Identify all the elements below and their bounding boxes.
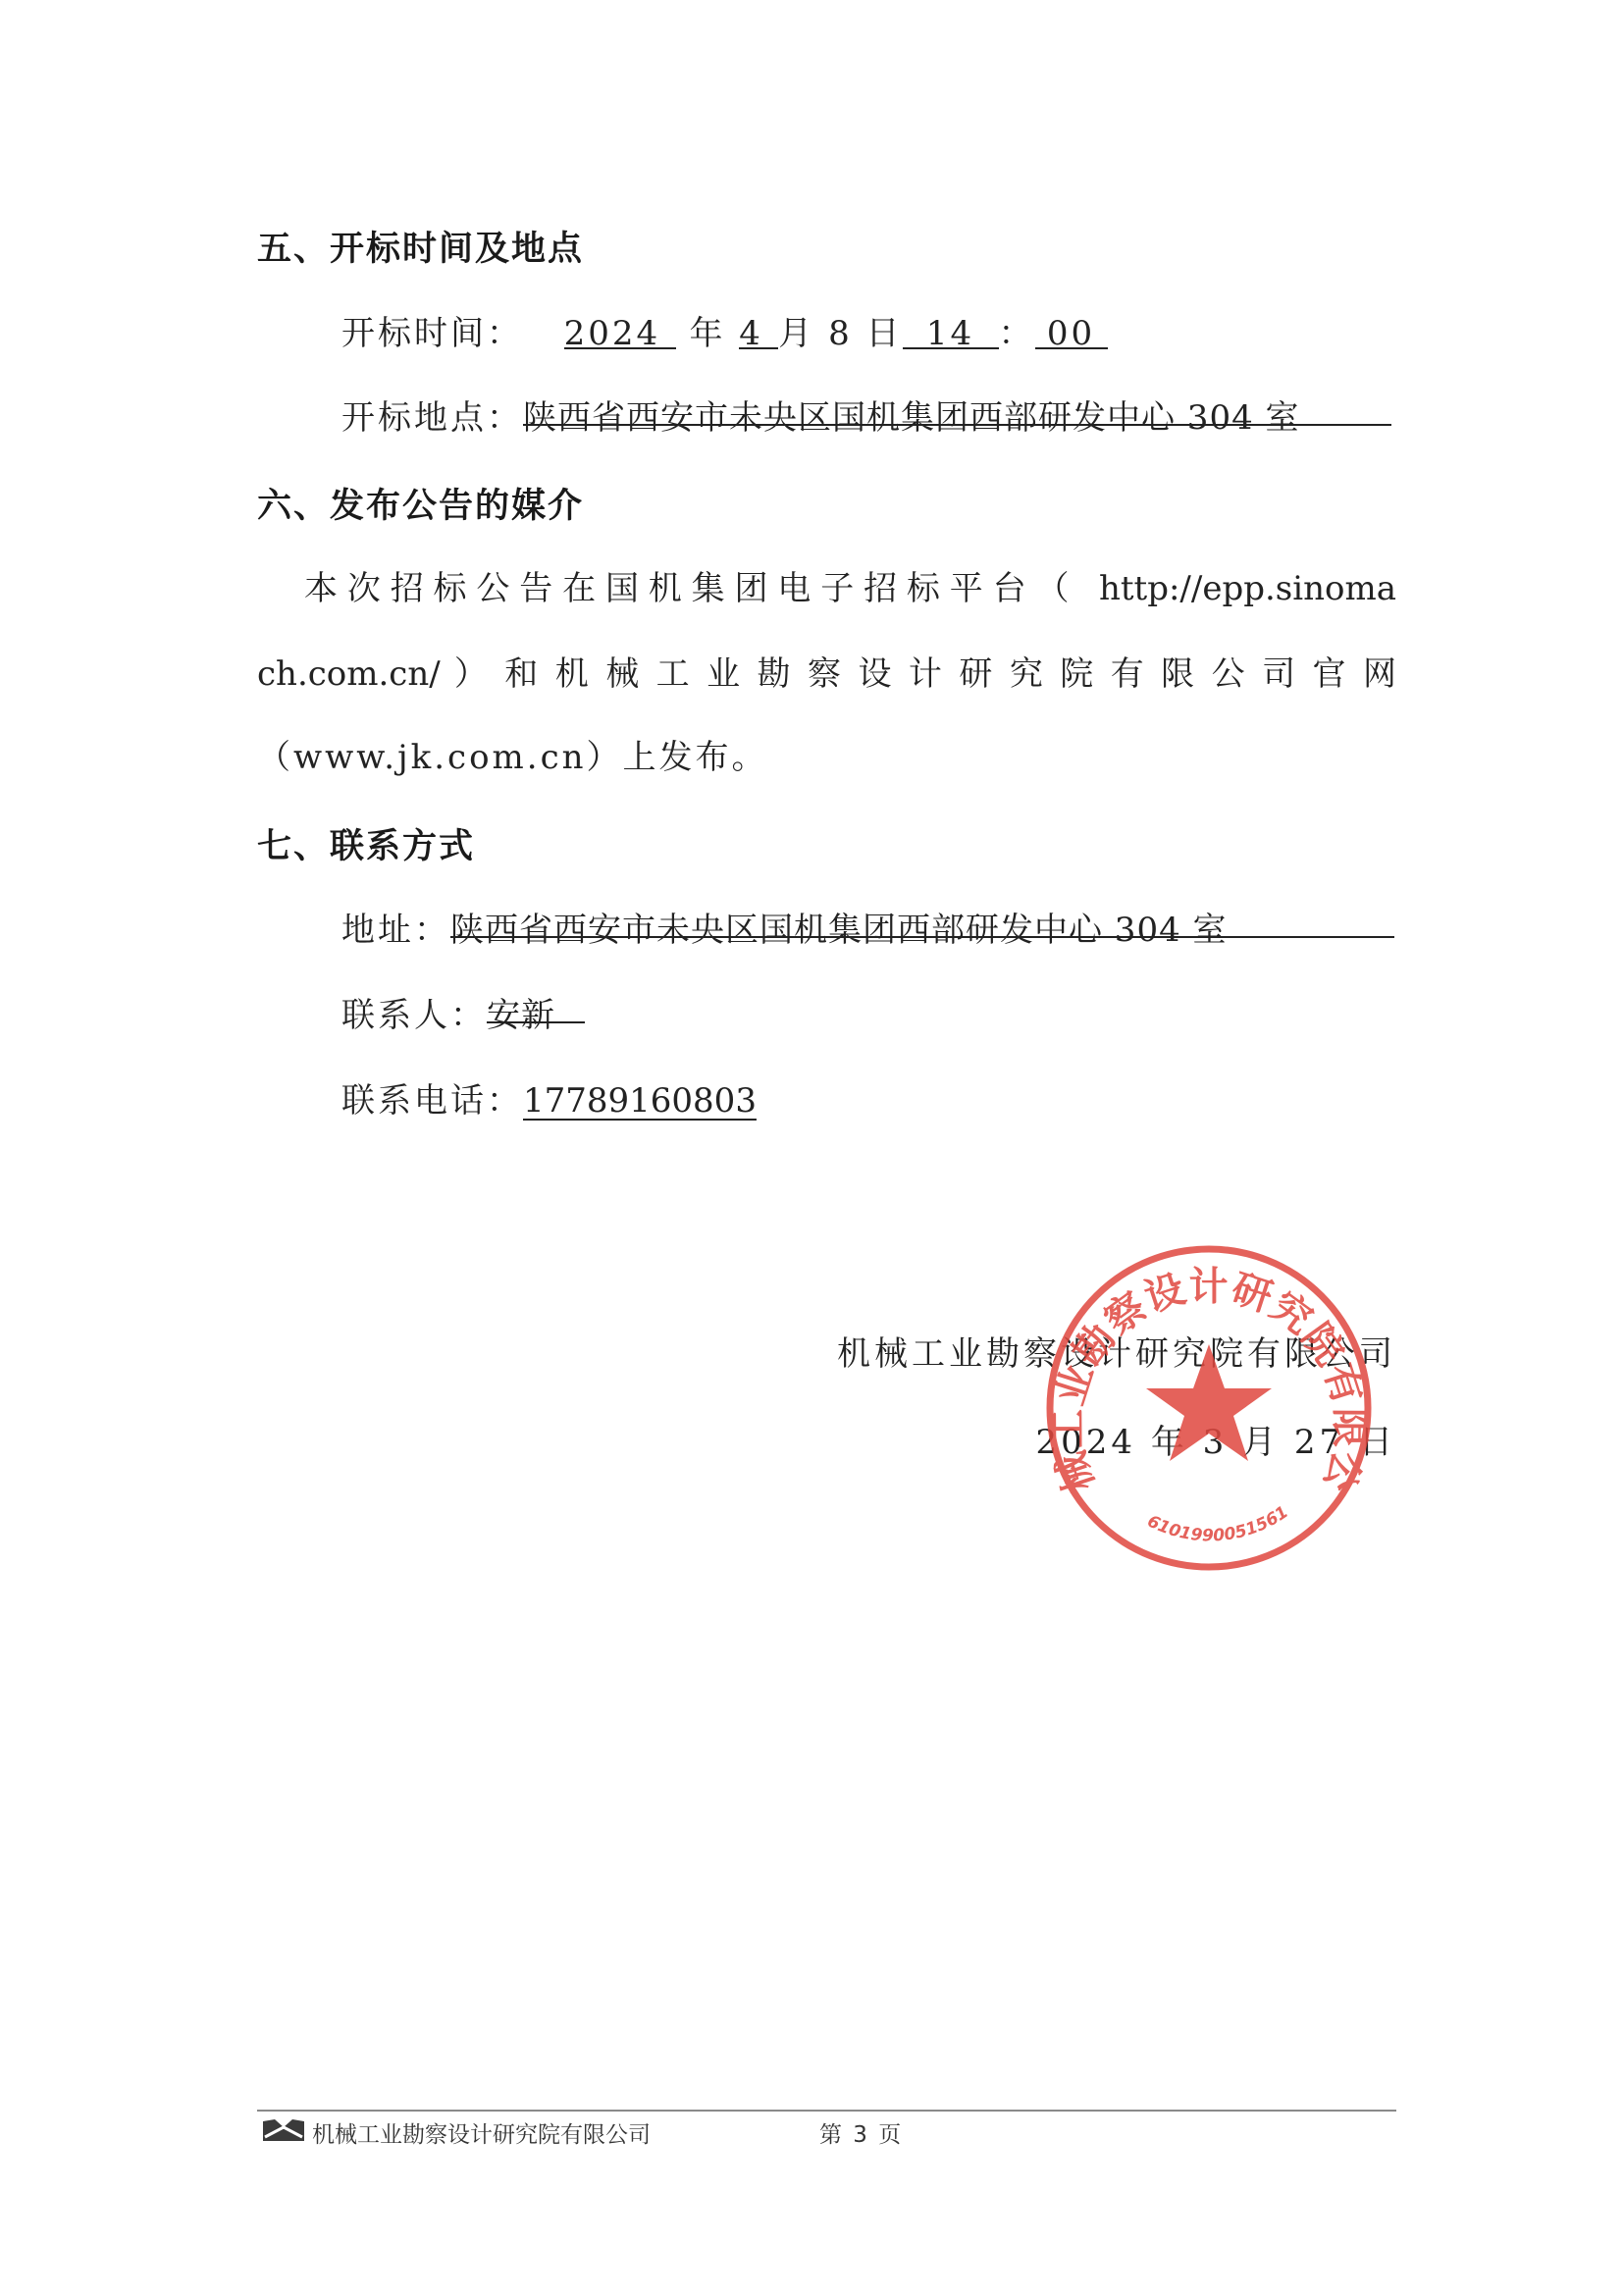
bid-opening-time-row: 开标时间： 2024 年 4月 8 日14：00 — [341, 306, 1108, 354]
year-value: 2024 — [564, 314, 661, 353]
month-unit: 月 — [778, 314, 814, 353]
section-heading-publication-media: 六、发布公告的媒介 — [257, 479, 584, 528]
footer-company-name: 机械工业勘察设计研究院有限公司 — [312, 2116, 651, 2149]
bid-opening-place-label: 开标地点： — [341, 398, 523, 438]
publication-paragraph-line-1: 本次招标公告在国机集团电子招标平台（ http://epp.sinoma — [257, 561, 1396, 609]
bid-opening-time-label: 开标时间： — [341, 314, 523, 353]
bid-opening-place-value: 陕西省西安市未央区国机集团西部研发中心 304 室 — [523, 398, 1300, 438]
contact-person-label: 联系人： — [341, 996, 487, 1035]
day-unit: 日 — [866, 314, 903, 353]
month-value: 4 — [739, 314, 763, 353]
seal-code: 6101990051561 — [1144, 1502, 1292, 1545]
year-unit: 年 — [689, 314, 725, 353]
address-label: 地址： — [341, 911, 450, 950]
hour-field: 14 — [903, 314, 999, 349]
company-logo-icon — [261, 2117, 306, 2143]
bid-opening-place-row: 开标地点：陕西省西安市未央区国机集团西部研发中心 304 室 — [341, 391, 1391, 439]
publication-paragraph-line-3: （www.jk.com.cn）上发布。 — [257, 730, 1396, 778]
month-field: 4 — [739, 314, 778, 349]
official-seal: 机械工业勘察设计研究院有限公司 6101990051561 — [1042, 1241, 1376, 1575]
publication-paragraph-line-2: ch.com.cn/ ） 和 机 械 工 业 勘 察 设 计 研 究 院 有 限… — [257, 647, 1396, 695]
section-heading-contact: 七、联系方式 — [257, 819, 475, 868]
contact-person-row: 联系人：安新 — [341, 988, 585, 1036]
footer-divider — [257, 2110, 1396, 2112]
minute-field: 00 — [1035, 314, 1108, 349]
seal-star-icon — [1146, 1344, 1272, 1461]
bid-opening-place-field: 陕西省西安市未央区国机集团西部研发中心 304 室 — [523, 391, 1391, 426]
day-value: 8 — [828, 314, 853, 353]
address-value: 陕西省西安市未央区国机集团西部研发中心 304 室 — [450, 911, 1228, 950]
section-heading-bid-opening: 五、开标时间及地点 — [257, 222, 584, 271]
year-field: 2024 — [564, 314, 676, 349]
svg-text:6101990051561: 6101990051561 — [1144, 1502, 1292, 1545]
hour-value: 14 — [926, 314, 974, 353]
contact-person-value: 安新 — [487, 996, 555, 1035]
footer-page-number: 第 3 页 — [819, 2116, 903, 2149]
address-row: 地址：陕西省西安市未央区国机集团西部研发中心 304 室 — [341, 903, 1394, 951]
time-colon: ： — [999, 314, 1035, 353]
contact-phone-row: 联系电话：17789160803 — [341, 1073, 757, 1122]
contact-person-field: 安新 — [487, 988, 585, 1023]
address-field: 陕西省西安市未央区国机集团西部研发中心 304 室 — [450, 903, 1394, 938]
contact-phone-value: 17789160803 — [523, 1081, 757, 1121]
minute-value: 00 — [1047, 314, 1095, 353]
contact-phone-label: 联系电话： — [341, 1081, 523, 1121]
